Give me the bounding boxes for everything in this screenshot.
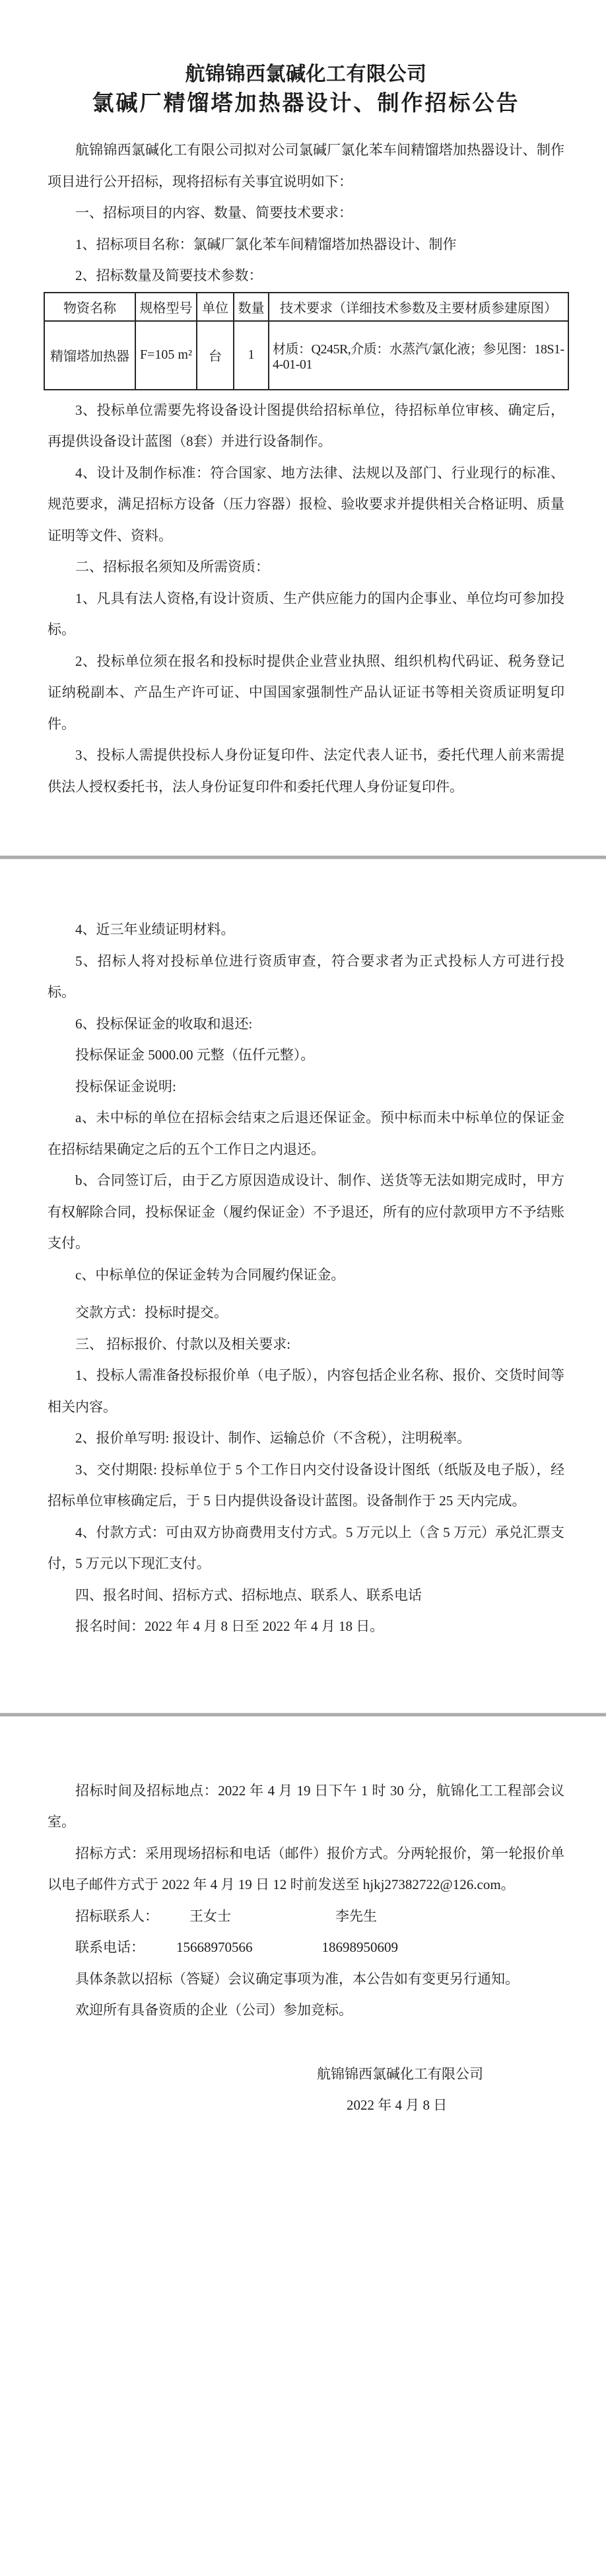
contact-phone-2: 18698950609 bbox=[322, 1939, 399, 1955]
signature-company: 航锦锦西氯碱化工有限公司 bbox=[317, 2059, 564, 2091]
spec-table-data-row: 精馏塔加热器 F=105 m² 台 1 材质：Q245R,介质：水蒸汽/氯化液；… bbox=[44, 321, 568, 390]
payment-method-note: 交款方式：投标时提交。 bbox=[48, 1297, 564, 1329]
header-material-name: 物资名称 bbox=[44, 293, 135, 321]
header-unit: 单位 bbox=[197, 293, 234, 321]
page-break-divider-2 bbox=[0, 1713, 606, 1717]
document-title-company: 航锦锦西氯碱化工有限公司 bbox=[48, 60, 564, 89]
header-spec-model: 规格型号 bbox=[135, 293, 197, 321]
contact-persons-row: 招标联系人：王女士李先生 bbox=[48, 1901, 564, 1933]
registration-time: 报名时间：2022 年 4 月 8 日至 2022 年 4 月 18 日。 bbox=[48, 1611, 564, 1643]
tender-announcement-document: 航锦锦西氯碱化工有限公司 氯碱厂精馏塔加热器设计、制作招标公告 航锦锦西氯碱化工… bbox=[0, 0, 606, 2576]
final-terms-note: 具体条款以招标（答疑）会议确定事项为准，本公告如有变更另行通知。 bbox=[48, 1964, 564, 1995]
item-qualification-3: 3、投标人需提供投标人身份证复印件、法定代表人证书，委托代理人前来需提供法人授权… bbox=[48, 740, 564, 803]
section-3-heading: 三、 招标报价、付款以及相关要求: bbox=[48, 1329, 564, 1361]
contact-phones-row: 联系电话：1566897056618698950609 bbox=[48, 1932, 564, 1964]
cell-quantity: 1 bbox=[234, 321, 269, 390]
contact-person-1: 王女士 bbox=[189, 1908, 231, 1924]
item-design-standard: 4、设计及制作标准：符合国家、地方法律、法规以及部门、行业现行的标准、规范要求，… bbox=[48, 458, 564, 552]
item-qualification-2: 2、投标单位须在报名和投标时提供企业营业执照、组织机构代码证、税务登记证纳税副本… bbox=[48, 646, 564, 740]
item-deposit-heading: 6、投标保证金的收取和退还: bbox=[48, 1009, 564, 1040]
document-content: 航锦锦西氯碱化工有限公司 氯碱厂精馏塔加热器设计、制作招标公告 航锦锦西氯碱化工… bbox=[0, 0, 606, 2122]
item-quote-2: 2、报价单写明: 报设计、制作、运输总价（不含税），注明税率。 bbox=[48, 1423, 564, 1454]
bid-time-location: 招标时间及招标地点：2022 年 4 月 19 日下午 1 时 30 分，航锦化… bbox=[48, 1775, 564, 1838]
contact-phone-1: 15668970566 bbox=[176, 1939, 253, 1955]
cell-material-name: 精馏塔加热器 bbox=[44, 321, 135, 390]
item-qualification-1: 1、凡具有法人资格,有设计资质、生产供应能力的国内企事业、单位均可参加投标。 bbox=[48, 583, 564, 646]
document-title-subject: 氯碱厂精馏塔加热器设计、制作招标公告 bbox=[48, 89, 564, 118]
welcome-note: 欢迎所有具备资质的企业（公司）参加竞标。 bbox=[48, 1995, 564, 2026]
section-1-heading: 一、招标项目的内容、数量、简要技术要求： bbox=[48, 197, 564, 229]
deposit-amount: 投标保证金 5000.00 元整（伍仟元整）。 bbox=[48, 1040, 564, 1071]
item-qualification-4: 4、近三年业绩证明材料。 bbox=[48, 914, 564, 946]
contact-persons-label: 招标联系人： bbox=[75, 1908, 158, 1924]
deposit-note-heading: 投标保证金说明: bbox=[48, 1071, 564, 1103]
contact-person-2: 李先生 bbox=[335, 1908, 377, 1924]
deposit-note-c: c、中标单位的保证金转为合同履约保证金。 bbox=[48, 1260, 564, 1291]
page-break-divider-1 bbox=[0, 855, 606, 859]
signature-date: 2022 年 4 月 8 日 bbox=[347, 2090, 564, 2122]
item-quantity-params: 2、招标数量及简要技术参数： bbox=[48, 260, 564, 292]
header-tech-requirements: 技术要求（详细技术参数及主要材质参建原图） bbox=[269, 293, 568, 321]
bid-method: 招标方式：采用现场招标和电话（邮件）报价方式。分两轮报价，第一轮报价单以电子邮件… bbox=[48, 1838, 564, 1901]
contact-phones-label: 联系电话： bbox=[75, 1939, 145, 1955]
item-quote-1: 1、投标人需准备投标报价单（电子版），内容包括企业名称、报价、交货时间等相关内容… bbox=[48, 1360, 564, 1423]
intro-paragraph: 航锦锦西氯碱化工有限公司拟对公司氯碱厂氯化苯车间精馏塔加热器设计、制作项目进行公… bbox=[48, 135, 564, 197]
section-2-heading: 二、招标报名须知及所需资质： bbox=[48, 552, 564, 583]
cell-spec-model: F=105 m² bbox=[135, 321, 197, 390]
section-4-heading: 四、报名时间、招标方式、招标地点、联系人、联系电话 bbox=[48, 1580, 564, 1612]
item-qualification-5: 5、招标人将对投标单位进行资质审查，符合要求者为正式投标人方可进行投标。 bbox=[48, 946, 564, 1009]
deposit-note-b: b、合同签订后，由于乙方原因造成设计、制作、送货等无法如期完成时，甲方有权解除合… bbox=[48, 1165, 564, 1260]
cell-unit: 台 bbox=[197, 321, 234, 390]
header-quantity: 数量 bbox=[234, 293, 269, 321]
spec-table: 物资名称 规格型号 单位 数量 技术要求（详细技术参数及主要材质参建原图） 精馏… bbox=[44, 292, 569, 390]
item-project-name: 1、招标项目名称：氯碱厂氯化苯车间精馏塔加热器设计、制作 bbox=[48, 229, 564, 261]
item-design-drawing: 3、投标单位需要先将设备设计图提供给招标单位，待招标单位审核、确定后，再提供设备… bbox=[48, 395, 564, 458]
page-margin-spacer bbox=[48, 1643, 564, 1775]
item-payment-terms: 4、付款方式：可由双方协商费用支付方式。5 万元以上（含 5 万元）承兑汇票支付… bbox=[48, 1517, 564, 1580]
item-delivery-deadline: 3、交付期限: 投标单位于 5 个工作日内交付设备设计图纸（纸版及电子版），经招… bbox=[48, 1454, 564, 1517]
cell-tech-requirements: 材质：Q245R,介质：水蒸汽/氯化液；参见图：18S1-4-01-01 bbox=[269, 321, 568, 390]
spec-table-header-row: 物资名称 规格型号 单位 数量 技术要求（详细技术参数及主要材质参建原图） bbox=[44, 293, 568, 321]
deposit-note-a: a、未中标的单位在招标会结束之后退还保证金。预中标而未中标单位的保证金在招标结果… bbox=[48, 1102, 564, 1165]
